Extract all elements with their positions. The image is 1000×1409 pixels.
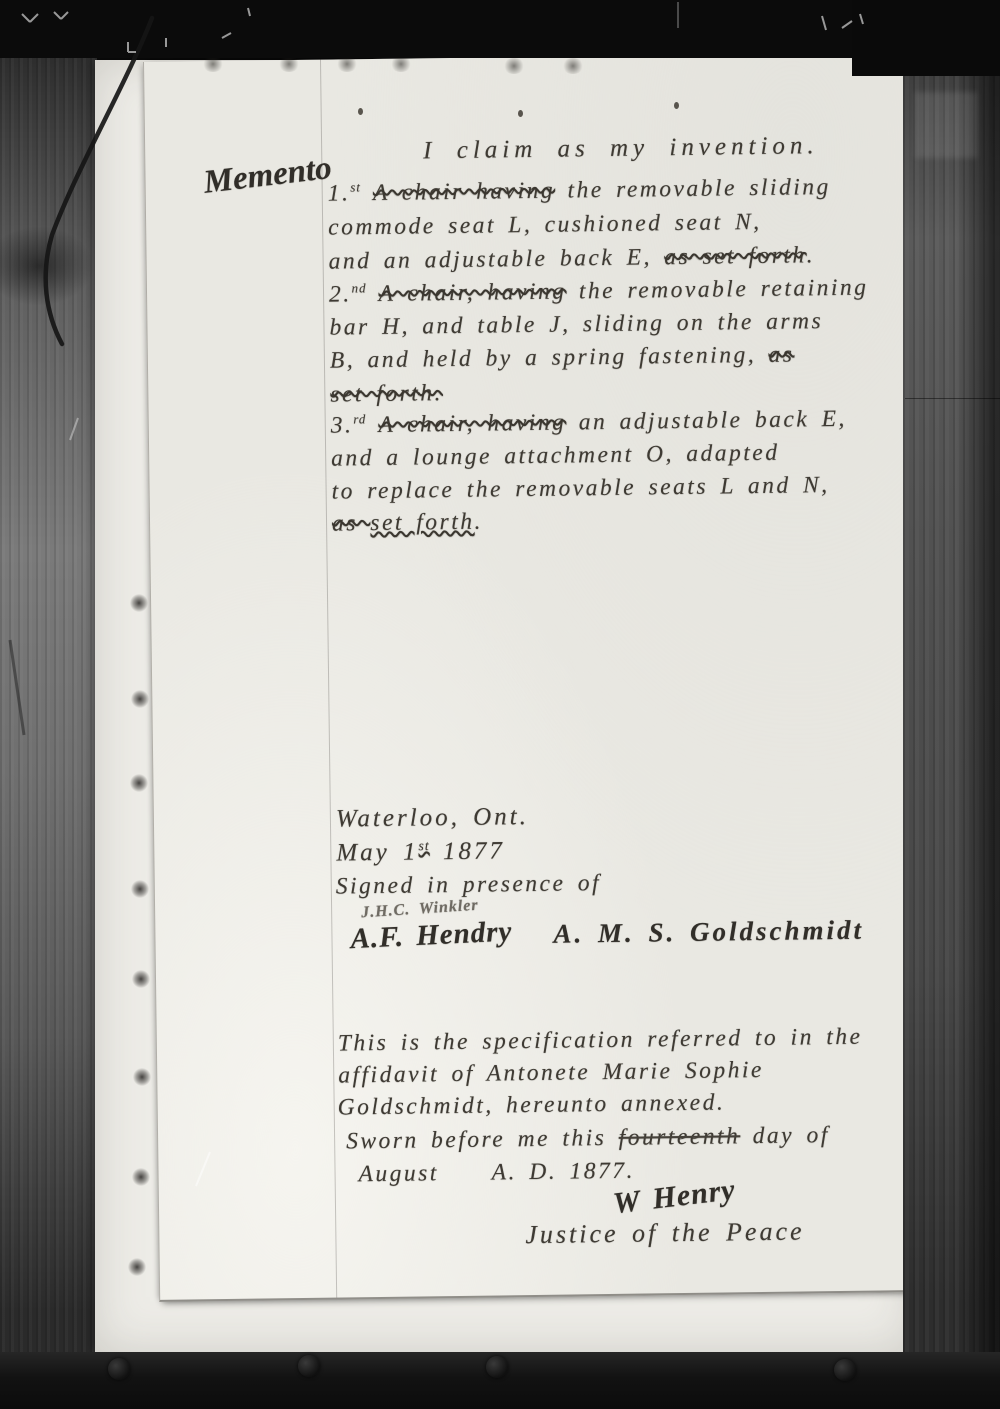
claim-2-line-1: 2.nd A chair, having the removable retai…: [329, 274, 869, 309]
affidavit-line-5: August A. D. 1877.: [358, 1157, 635, 1189]
punch-hole: [132, 1168, 150, 1186]
claim-3-line-4: as set forth.: [332, 508, 483, 538]
top-edge-smudge: [202, 56, 224, 72]
photo-black-border-top: [0, 0, 1000, 58]
pin-mark: [358, 108, 363, 115]
notary-title: Justice of the Peace: [525, 1215, 805, 1250]
place-line: Waterloo, Ont.: [336, 802, 529, 835]
affidavit-line-3: Goldschmidt, hereunto annexed.: [338, 1088, 726, 1121]
punch-hole: [130, 594, 148, 612]
top-edge-smudge: [390, 56, 412, 72]
ruled-margin-line: [320, 60, 337, 1298]
marginal-scrawl: Memento: [202, 149, 334, 203]
bolt-head: [834, 1359, 856, 1381]
date-line: May 1st 1877: [336, 836, 505, 868]
claim-2-line-2: bar H, and table J, sliding on the arms: [329, 307, 823, 342]
claim-2-line-3: B, and held by a spring fastening, as: [330, 340, 795, 374]
wood-light-patch: [915, 92, 977, 158]
claim-3-line-3: to replace the removable seats L and N,: [331, 471, 829, 506]
punch-hole: [130, 774, 148, 792]
top-edge-smudge: [503, 58, 525, 74]
photographed-document: Memento I claim as my invention. 1.st A …: [0, 0, 1000, 1409]
top-edge-smudge: [278, 56, 300, 72]
punch-hole: [133, 1068, 151, 1086]
punch-hole: [131, 880, 149, 898]
claims-heading: I claim as my invention.: [423, 131, 819, 166]
photo-black-border-corner: [852, 0, 1000, 76]
claim-1-line-1: 1.st A chair having the removable slidin…: [328, 173, 831, 208]
affidavit-line-2: affidavit of Antonete Marie Sophie: [338, 1056, 764, 1090]
bolt-head: [298, 1355, 320, 1377]
affidavit-line-1: This is the specification referred to in…: [338, 1023, 863, 1058]
claim-2-line-4: set forth.: [330, 379, 443, 409]
witness-signature-hendry: A.F. Hendry: [350, 914, 513, 957]
punch-hole: [131, 690, 149, 708]
pin-mark: [674, 102, 679, 109]
punch-hole: [128, 1258, 146, 1276]
pin-mark: [518, 110, 523, 117]
punch-hole: [132, 970, 150, 988]
inventor-signature: A. M. S. Goldschmidt: [553, 914, 864, 950]
claim-3-line-1: 3.rd A chair, having an adjustable back …: [331, 405, 847, 440]
bolt-head: [486, 1356, 508, 1378]
wood-board-right: [903, 56, 1000, 1356]
affidavit-line-4: Sworn before me this fourteenth day of: [346, 1121, 830, 1156]
document-page: Memento I claim as my invention. 1.st A …: [143, 52, 923, 1302]
bolt-head: [108, 1358, 130, 1380]
top-edge-smudge: [336, 56, 358, 72]
claim-1-line-3: and an adjustable back E, as set forth.: [328, 241, 815, 276]
top-edge-smudge: [562, 58, 584, 74]
wood-seam-line: [905, 398, 1000, 399]
claim-1-line-2: commode seat L, cushioned seat N,: [328, 208, 762, 242]
claim-3-line-2: and a lounge attachment O, adapted: [331, 439, 780, 473]
